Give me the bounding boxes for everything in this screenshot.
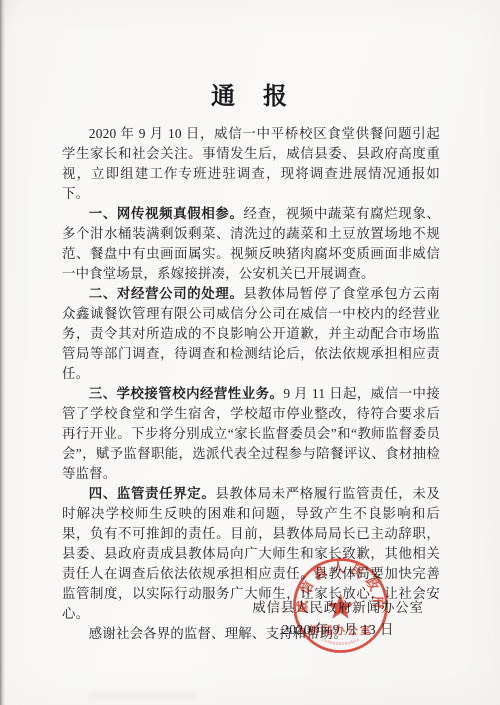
section-2-heading: 二、对经营公司的处理。 — [89, 286, 244, 301]
section-3-heading: 三、学校接管校内经营性业务。 — [89, 386, 284, 401]
document-title: 通 报 — [0, 76, 500, 111]
section-4-heading: 四、监管责任界定。 — [89, 486, 216, 501]
section-2: 二、对经营公司的处理。县教体局暂停了食堂承包方云南众鑫诚餐饮管理有限公司威信分公… — [62, 284, 440, 384]
section-3: 三、学校接管校内经营性业务。9 月 11 日起，威信一中接管了学校食堂和学生宿舍… — [62, 384, 440, 484]
signature-office: 威信县人民政府新闻办公室 — [248, 598, 428, 617]
section-1: 一、网传视频真假相参。经查，视频中蔬菜有腐烂现象、多个泔水桶装满剩饭剩菜、清洗过… — [62, 204, 440, 284]
signature-date: 2020 年 9 月 13 日 — [248, 620, 428, 639]
paragraph-intro: 2020 年 9 月 10 日，威信一中平桥校区食堂供餐问题引起学生家长和社会关… — [62, 124, 440, 204]
section-1-heading: 一、网传视频真假相参。 — [89, 206, 244, 221]
signature-block: 威信县人民政府新闻办公室 2020 年 9 月 13 日 — [248, 598, 428, 639]
scan-smudge — [88, 692, 198, 699]
notice-document-page: 通 报 2020 年 9 月 10 日，威信一中平桥校区食堂供餐问题引起学生家长… — [0, 0, 500, 705]
document-body: 2020 年 9 月 10 日，威信一中平桥校区食堂供餐问题引起学生家长和社会关… — [62, 124, 440, 644]
